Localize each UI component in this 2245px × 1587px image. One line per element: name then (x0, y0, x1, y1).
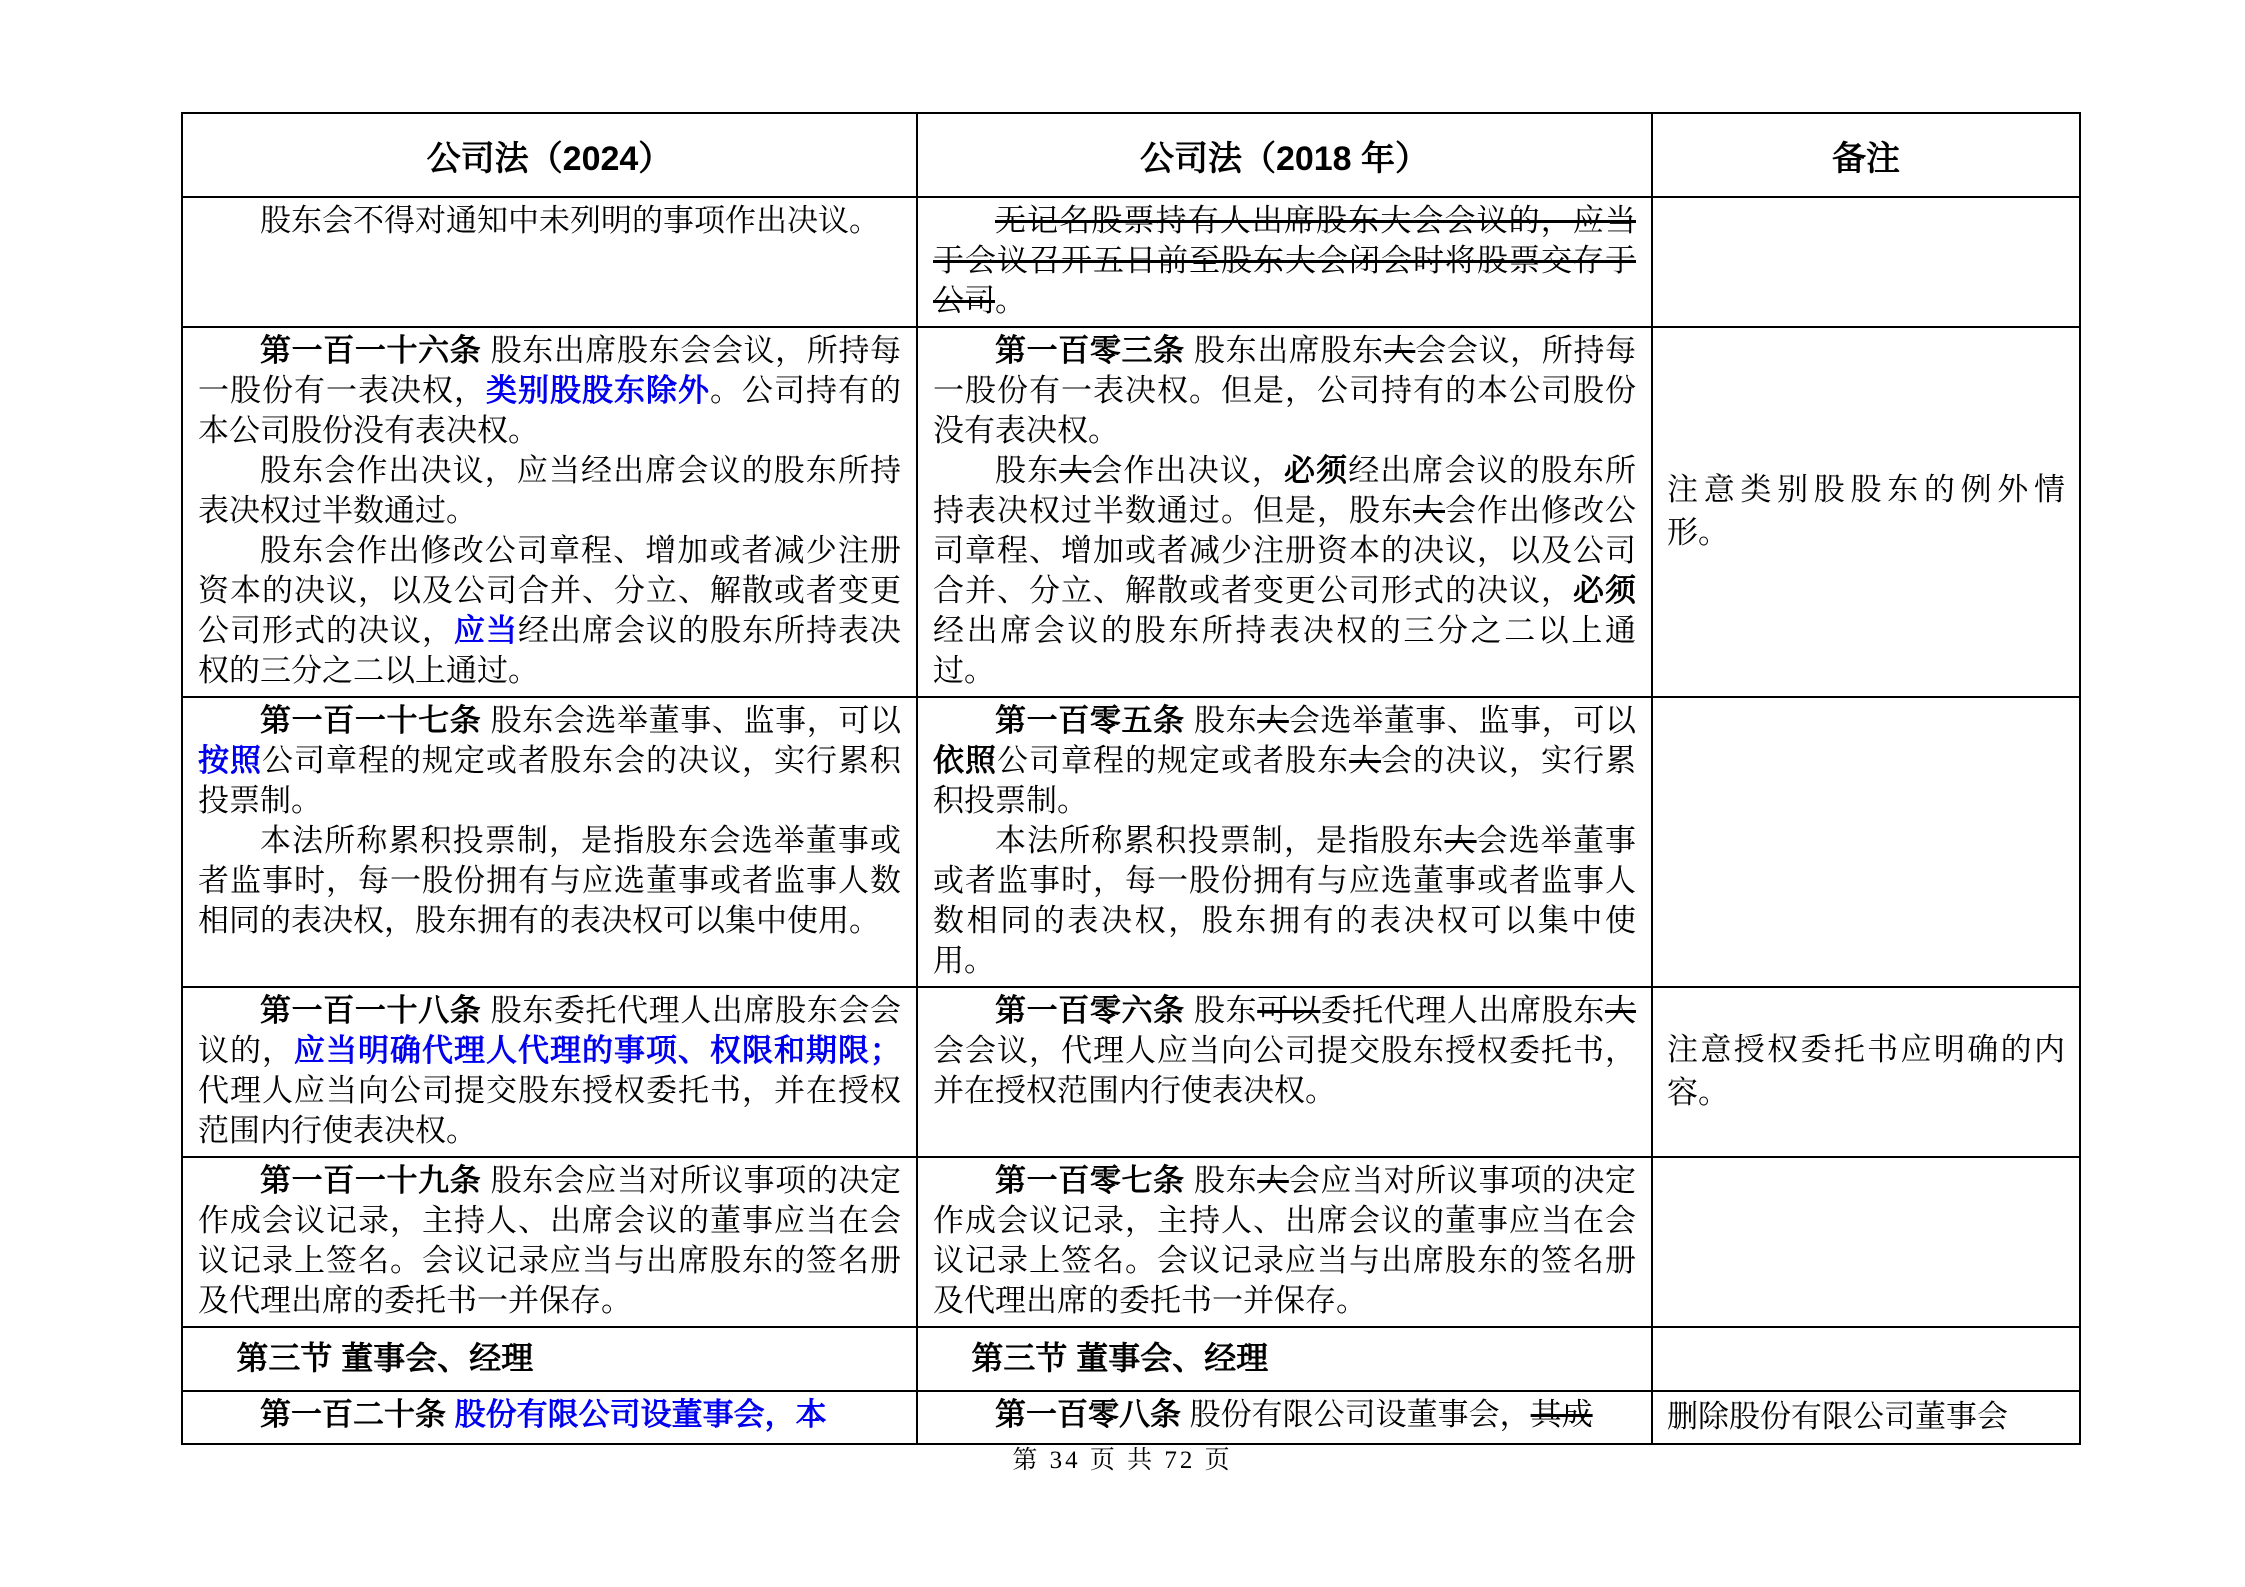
deleted-text: 大 (1384, 333, 1416, 368)
cell-law-2024: 第一百一十七条 股东会选举董事、监事，可以按照公司章程的规定或者股东会的决议，实… (182, 697, 917, 987)
text-run: 删除股份有限公司董事会 (1667, 1399, 2008, 1434)
text-run: 本法所称累积投票制，是指股东会选举董事或者监事时，每一股份拥有与应选董事或者监事… (198, 823, 901, 938)
text-run: 公司章程的规定或者股东 (997, 743, 1349, 778)
text-run: 委托代理人出席股东 (1320, 993, 1605, 1028)
text-run: 股东会选举董事、监事，可以 (481, 703, 901, 738)
text-run: 股东出席股东 (1185, 333, 1384, 368)
paragraph: 删除股份有限公司董事会 (1667, 1395, 2065, 1438)
cell-remark (1652, 197, 2080, 327)
cell-law-2018: 第一百零八条 股份有限公司设董事会，其成 (917, 1391, 1652, 1444)
cell-law-2018: 第一百零五条 股东大会选举董事、监事，可以依照公司章程的规定或者股东大会的决议，… (917, 697, 1652, 987)
cell-remark (1652, 697, 2080, 987)
table-row: 股东会不得对通知中未列明的事项作出决议。无记名股票持有人出席股东大会会议的，应当… (182, 197, 2080, 327)
table-body: 股东会不得对通知中未列明的事项作出决议。无记名股票持有人出席股东大会会议的，应当… (182, 197, 2080, 1444)
table-row: 第三节 董事会、经理第三节 董事会、经理 (182, 1327, 2080, 1391)
deleted-text: 大 (1349, 743, 1381, 778)
added-text: 类别股股东除外 (486, 373, 710, 408)
paragraph: 第一百一十九条 股东会应当对所议事项的决定作成会议记录，主持人、出席会议的董事应… (198, 1161, 901, 1321)
document-page: 公司法（2024） 公司法（2018 年） 备注 股东会不得对通知中未列明的事项… (0, 0, 2245, 1587)
bold-text: 第一百二十条 (260, 1397, 446, 1432)
text-run: 经出席会议的股东所持表决权的三分之二以上通过。 (933, 613, 1636, 688)
deleted-text: 大 (1605, 993, 1636, 1028)
table-header-row: 公司法（2024） 公司法（2018 年） 备注 (182, 113, 2080, 197)
cell-remark: 注意类别股股东的例外情形。 (1652, 327, 2080, 697)
table-row: 第一百一十八条 股东委托代理人出席股东会会议的，应当明确代理人代理的事项、权限和… (182, 987, 2080, 1157)
bold-text: 第三节 董事会、经理 (971, 1340, 1268, 1376)
paragraph: 无记名股票持有人出席股东大会会议的，应当于会议召开五日前至股东大会闭会时将股票交… (933, 201, 1636, 321)
cell-law-2024: 第一百一十八条 股东委托代理人出席股东会会议的，应当明确代理人代理的事项、权限和… (182, 987, 917, 1157)
paragraph: 注意类别股股东的例外情形。 (1667, 468, 2065, 554)
text-run: 本法所称累积投票制，是指股东 (995, 823, 1444, 858)
paragraph: 第三节 董事会、经理 (198, 1338, 901, 1378)
bold-text: 第一百一十六条 (260, 333, 481, 368)
cell-law-2024: 股东会不得对通知中未列明的事项作出决议。 (182, 197, 917, 327)
text-run: 代理人应当向公司提交股东授权委托书，并在授权范围内行使表决权。 (198, 1073, 901, 1148)
added-text: 按照 (198, 743, 262, 778)
paragraph: 第一百零七条 股东大会应当对所议事项的决定作成会议记录，主持人、出席会议的董事应… (933, 1161, 1636, 1321)
text-run: 股东会不得对通知中未列明的事项作出决议。 (260, 203, 880, 238)
bold-text: 第一百一十七条 (260, 703, 481, 738)
law-comparison-table: 公司法（2024） 公司法（2018 年） 备注 股东会不得对通知中未列明的事项… (181, 112, 2081, 1445)
text-run: 股东 (1185, 1163, 1257, 1198)
paragraph: 第一百一十八条 股东委托代理人出席股东会会议的，应当明确代理人代理的事项、权限和… (198, 991, 901, 1151)
cell-law-2024: 第一百一十六条 股东出席股东会会议，所持每一股份有一表决权，类别股股东除外。公司… (182, 327, 917, 697)
bold-text: 第一百零五条 (995, 703, 1185, 738)
bold-text: 第一百一十八条 (260, 993, 481, 1028)
header-law-2024: 公司法（2024） (182, 113, 917, 197)
bold-text: 第一百一十九条 (260, 1163, 481, 1198)
cell-law-2018: 第一百零六条 股东可以委托代理人出席股东大会会议，代理人应当向公司提交股东授权委… (917, 987, 1652, 1157)
paragraph: 第一百一十六条 股东出席股东会会议，所持每一股份有一表决权，类别股股东除外。公司… (198, 331, 901, 451)
paragraph: 本法所称累积投票制，是指股东大会选举董事或者监事时，每一股份拥有与应选董事或者监… (933, 821, 1636, 981)
text-run: 注意类别股股东的例外情形。 (1667, 472, 2065, 550)
header-remark: 备注 (1652, 113, 2080, 197)
deleted-text: 其成 (1531, 1397, 1593, 1432)
paragraph: 第一百一十七条 股东会选举董事、监事，可以按照公司章程的规定或者股东会的决议，实… (198, 701, 901, 821)
text-run: 股东会作出决议，应当经出席会议的股东所持表决权过半数通过。 (198, 453, 901, 528)
paragraph: 本法所称累积投票制，是指股东会选举董事或者监事时，每一股份拥有与应选董事或者监事… (198, 821, 901, 941)
bold-text: 依照 (933, 743, 997, 778)
paragraph: 股东大会作出决议，必须经出席会议的股东所持表决权过半数通过。但是，股东大会作出修… (933, 451, 1636, 691)
cell-remark: 注意授权委托书应明确的内容。 (1652, 987, 2080, 1157)
text-run: 股东 (1185, 993, 1257, 1028)
paragraph: 第三节 董事会、经理 (933, 1338, 1636, 1378)
paragraph: 股东会不得对通知中未列明的事项作出决议。 (198, 201, 901, 241)
page-number-footer: 第 34 页 共 72 页 (0, 1440, 2245, 1476)
deleted-text: 可以 (1257, 993, 1320, 1028)
text-run: 股份有限公司设董事会， (1181, 1397, 1531, 1432)
text-run: 注意授权委托书应明确的内容。 (1667, 1032, 2065, 1110)
bold-text: 第一百零八条 (995, 1397, 1181, 1432)
text-run (446, 1397, 455, 1432)
cell-law-2018: 无记名股票持有人出席股东大会会议的，应当于会议召开五日前至股东大会闭会时将股票交… (917, 197, 1652, 327)
text-run: 会选举董事、监事，可以 (1289, 703, 1636, 738)
paragraph: 股东会作出决议，应当经出席会议的股东所持表决权过半数通过。 (198, 451, 901, 531)
deleted-text: 大 (1257, 703, 1289, 738)
paragraph: 第一百零六条 股东可以委托代理人出席股东大会会议，代理人应当向公司提交股东授权委… (933, 991, 1636, 1111)
text-run: 会会议，代理人应当向公司提交股东授权委托书，并在授权范围内行使表决权。 (933, 1033, 1636, 1108)
text-run: 股东 (995, 453, 1059, 488)
paragraph: 股东会作出修改公司章程、增加或者减少注册资本的决议，以及公司合并、分立、解散或者… (198, 531, 901, 691)
paragraph: 第一百零五条 股东大会选举董事、监事，可以依照公司章程的规定或者股东大会的决议，… (933, 701, 1636, 821)
cell-law-2024: 第一百二十条 股份有限公司设董事会，本 (182, 1391, 917, 1444)
table-row: 第一百一十七条 股东会选举董事、监事，可以按照公司章程的规定或者股东会的决议，实… (182, 697, 2080, 987)
added-text: 应当 (454, 613, 518, 648)
table-row: 第一百一十九条 股东会应当对所议事项的决定作成会议记录，主持人、出席会议的董事应… (182, 1157, 2080, 1327)
paragraph: 第一百零三条 股东出席股东大会会议，所持每一股份有一表决权。但是，公司持有的本公… (933, 331, 1636, 451)
cell-law-2018: 第一百零三条 股东出席股东大会会议，所持每一股份有一表决权。但是，公司持有的本公… (917, 327, 1652, 697)
bold-text: 必须 (1573, 573, 1636, 608)
paragraph: 注意授权委托书应明确的内容。 (1667, 1028, 2065, 1114)
paragraph: 第一百二十条 股份有限公司设董事会，本 (198, 1395, 901, 1435)
added-text: 股份有限公司设董事会，本 (455, 1397, 827, 1432)
cell-law-2024: 第三节 董事会、经理 (182, 1327, 917, 1391)
deleted-text: 无记名股票持有人出席股东大会会议的，应当于会议召开五日前至股东大会闭会时将股票交… (933, 203, 1636, 318)
cell-law-2018: 第一百零七条 股东大会应当对所议事项的决定作成会议记录，主持人、出席会议的董事应… (917, 1157, 1652, 1327)
table-row: 第一百一十六条 股东出席股东会会议，所持每一股份有一表决权，类别股股东除外。公司… (182, 327, 2080, 697)
cell-law-2018: 第三节 董事会、经理 (917, 1327, 1652, 1391)
text-run: 会作出决议， (1091, 453, 1284, 488)
deleted-text: 大 (1257, 1163, 1289, 1198)
text-run: 股东 (1185, 703, 1257, 738)
bold-text: 第一百零七条 (995, 1163, 1185, 1198)
bold-text: 第一百零六条 (995, 993, 1185, 1028)
cell-remark (1652, 1157, 2080, 1327)
paragraph: 第一百零八条 股份有限公司设董事会，其成 (933, 1395, 1636, 1435)
header-law-2018: 公司法（2018 年） (917, 113, 1652, 197)
text-run: 公司章程的规定或者股东会的决议，实行累积投票制。 (198, 743, 901, 818)
deleted-text: 大 (1413, 493, 1445, 528)
added-text: 应当明确代理人代理的事项、权限和期限； (294, 1033, 901, 1068)
table-row: 第一百二十条 股份有限公司设董事会，本第一百零八条 股份有限公司设董事会，其成删… (182, 1391, 2080, 1444)
deleted-text: 大 (1444, 823, 1476, 858)
bold-text: 必须 (1284, 453, 1348, 488)
deleted-text: 大 (1059, 453, 1091, 488)
cell-remark (1652, 1327, 2080, 1391)
text-run: 。 (995, 283, 1026, 318)
cell-remark: 删除股份有限公司董事会 (1652, 1391, 2080, 1444)
bold-text: 第一百零三条 (995, 333, 1185, 368)
cell-law-2024: 第一百一十九条 股东会应当对所议事项的决定作成会议记录，主持人、出席会议的董事应… (182, 1157, 917, 1327)
bold-text: 第三节 董事会、经理 (236, 1340, 533, 1376)
